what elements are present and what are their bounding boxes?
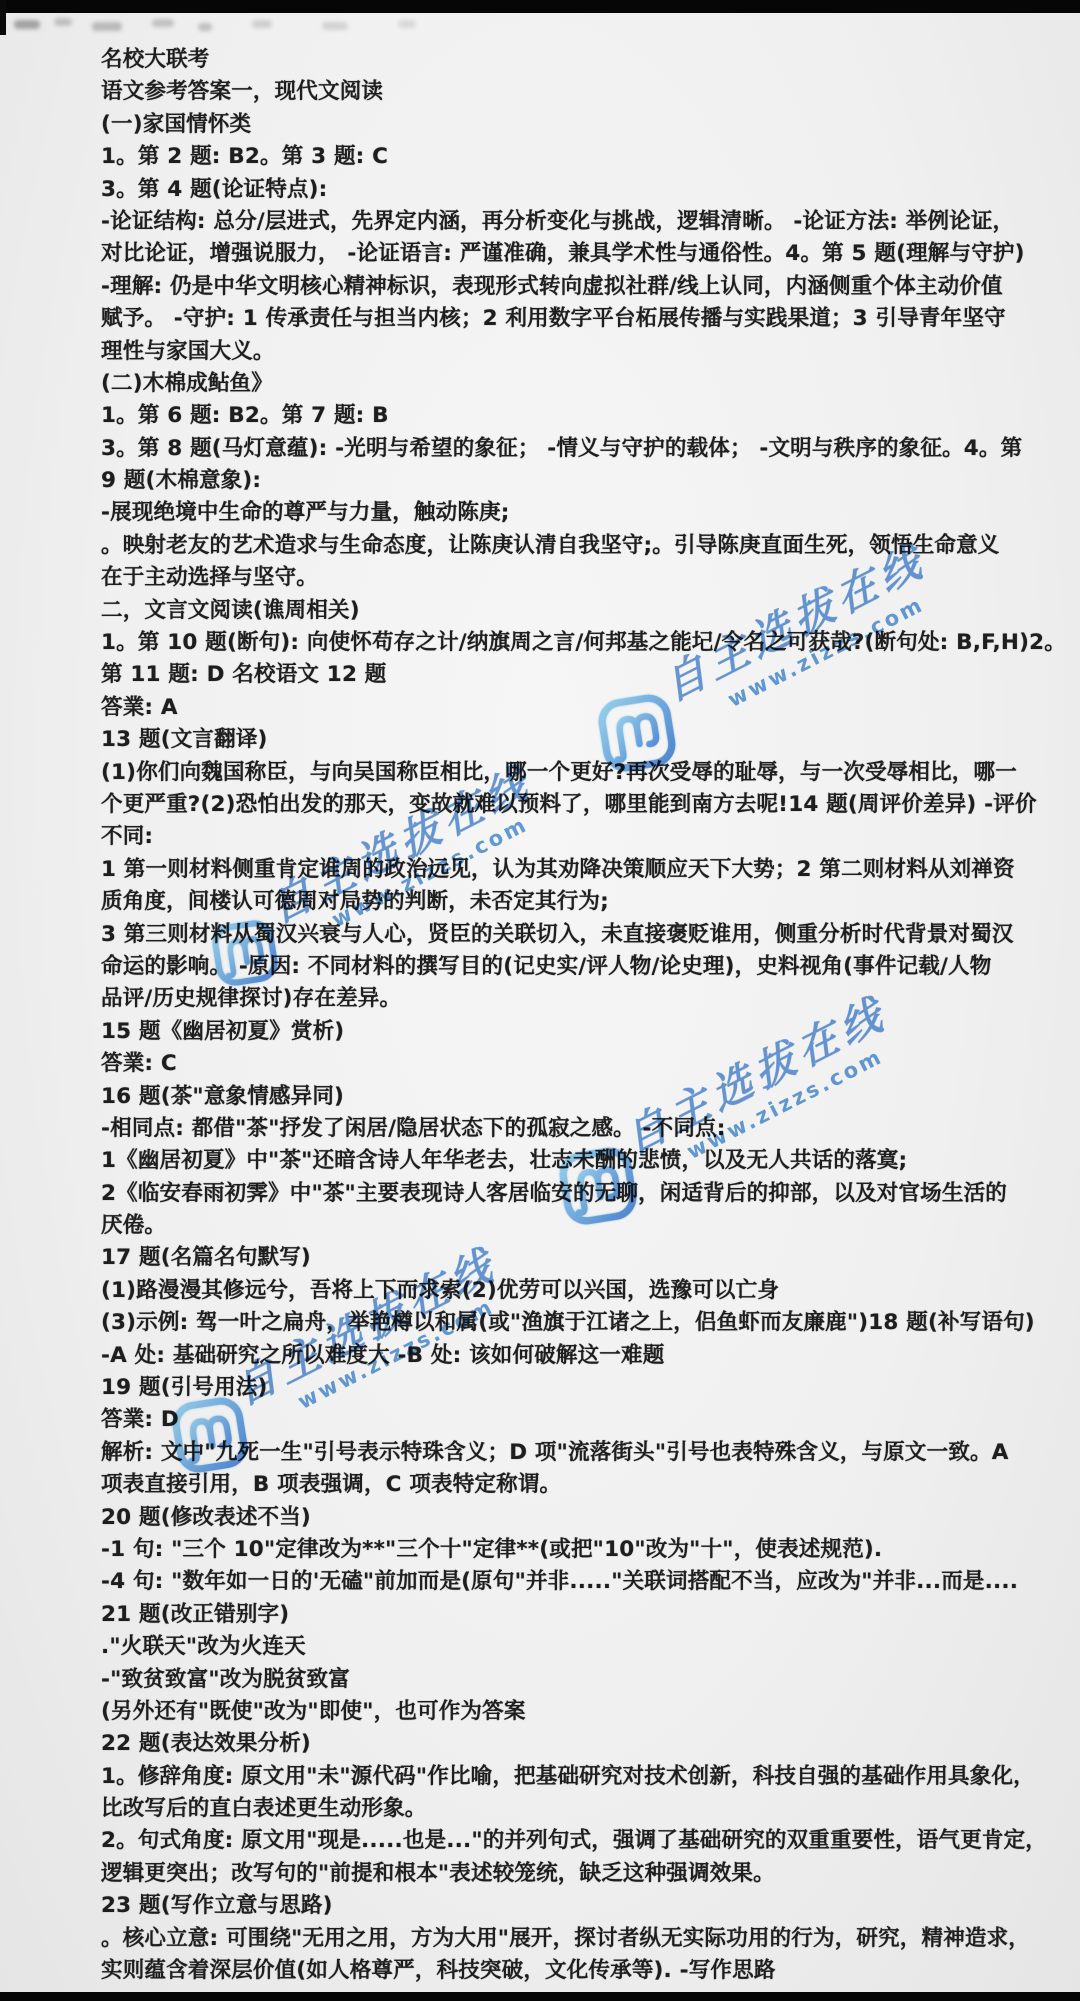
text-line-12: 1。第 6 题: B2。第 7 题: B xyxy=(101,400,1051,432)
text-line-33: 16 题(茶"意象情感异同) xyxy=(101,1081,1051,1113)
text-line-2: 语文参考答案一，现代文阅读 xyxy=(101,76,1051,108)
text-line-52: (另外还有"既使"改为"即使"，也可作为答案 xyxy=(101,1696,1051,1728)
answer-text-block: 名校大联考语文参考答案一，现代文阅读(一)家国情怀类1。第 2 题: B2。第 … xyxy=(101,44,1051,1987)
text-line-58: 23 题(写作立意与思路) xyxy=(101,1890,1051,1922)
text-line-36: 2《临安春雨初霁》中"茶"主要表现诗人客居临安的无聊，闲适背后的抑部，以及对官场… xyxy=(101,1178,1051,1210)
text-line-13: 3。第 8 题(马灯意蕴): -光明与希望的象征； -情义与守护的载体； -文明… xyxy=(101,433,1051,465)
text-line-40: (3)示例: 驾一叶之扁舟，举艳樽以和属(或"渔旗于江诸之上，侣鱼虾而友廉鹿")… xyxy=(101,1307,1051,1339)
smudge xyxy=(398,20,416,28)
text-line-31: 15 题《幽居初夏》赏析) xyxy=(101,1016,1051,1048)
text-line-1: 名校大联考 xyxy=(101,44,1051,76)
text-line-60: 实则蕴含着深层价值(如人格尊严，科技突破，文化传承等). -写作思路 xyxy=(101,1955,1051,1987)
text-line-35: 1《幽居初夏》中"茶"还暗含诗人年华老去，壮志未酬的悲愤，以及无人共话的落寞; xyxy=(101,1145,1051,1177)
text-line-11: (二)木棉成鲇鱼》 xyxy=(101,368,1051,400)
smudge xyxy=(54,18,72,26)
text-line-32: 答業: C xyxy=(101,1048,1051,1080)
text-line-14: 9 题(木棉意象): xyxy=(101,465,1051,497)
text-line-47: -1 句: "三个 10"定律改为**"三个十"定律**(或把"10"改为"十"… xyxy=(101,1534,1051,1566)
text-line-46: 20 题(修改表述不当) xyxy=(101,1502,1051,1534)
text-line-44: 解析: 文中"九死一生"引号表示特珠含义；D 项"流落街头"引号也表特殊含义，与… xyxy=(101,1437,1051,1469)
text-line-27: 质角度，间楼认可德周对局势的判断，未否定其行为; xyxy=(101,886,1051,918)
text-line-8: -理解: 仍是中华文明核心精神标识，表现形式转向虚拟社群/线上认同，内涵侧重个体… xyxy=(101,271,1051,303)
text-line-54: 1。修辞角度: 原文用"未"源代码"作比喻，把基础研究对技术创新，科技自强的基础… xyxy=(101,1761,1051,1793)
text-line-6: -论证结构: 总分/层进式，先界定内涵，再分析变化与挑战，逻辑清晰。 -论证方法… xyxy=(101,206,1051,238)
text-line-25: 不同: xyxy=(101,821,1051,853)
smudge xyxy=(14,20,40,29)
text-line-10: 理性与家国大义。 xyxy=(101,336,1051,368)
text-line-37: 厌倦。 xyxy=(101,1210,1051,1242)
text-line-45: 项表直接引用，B 项表强调，C 项表特定称谓。 xyxy=(101,1469,1051,1501)
text-line-39: (1)路漫漫其修远兮，吾将上下而求索(2)优劳可以兴国，选豫可以亡身 xyxy=(101,1275,1051,1307)
text-line-34: -相同点: 都借"茶"抒发了闲居/隐居状态下的孤寂之感。 -不同点: xyxy=(101,1113,1051,1145)
text-line-50: ."火联天"改为火连天 xyxy=(101,1631,1051,1663)
text-line-20: 第 11 题: D 名校语文 12 题 xyxy=(101,659,1051,691)
text-line-57: 逻辑更突出；改写句的"前提和根本"表述较笼统，缺乏这种强调效果。 xyxy=(101,1858,1051,1890)
text-line-23: (1)你们向魏国称臣，与向吴国称臣相比，哪一个更好?再次受辱的耻辱，与一次受辱相… xyxy=(101,757,1051,789)
top-letterbox-bar xyxy=(0,0,1080,13)
text-line-18: 二，文言文阅读(谯周相关) xyxy=(101,595,1051,627)
text-line-19: 1。第 10 题(断句): 向使怀苟存之计/纳旗周之言/何邦基之能圮/令名之可获… xyxy=(101,627,1051,659)
smudge xyxy=(92,22,122,31)
text-line-28: 3 第三则材料从蜀汉兴衰与人心，贤臣的关联切入，未直接褒贬谁用，侧重分析时代背景… xyxy=(101,919,1051,951)
bottom-letterbox-bar xyxy=(0,1992,1080,2001)
text-line-53: 22 题(表达效果分析) xyxy=(101,1728,1051,1760)
text-line-16: 。映射老友的艺术造求与生命态度，让陈庚认清自我坚守;。引导陈庚直面生死，领悟生命… xyxy=(101,530,1051,562)
text-line-56: 2。句式角度: 原文用"现是.....也是..."的并列句式，强调了基础研究的双… xyxy=(101,1825,1051,1857)
text-line-48: -4 句: "数年如一日的'无磕"前加而是(原句"并非....."关联词搭配不当… xyxy=(101,1566,1051,1598)
text-line-41: -A 处: 基础研究之所以难度大 -B 处: 该如何破解这一难题 xyxy=(101,1340,1051,1372)
text-line-24: 个更严重?(2)恐怕出发的那天，变故就难以预料了，哪里能到南方去呢!14 题(周… xyxy=(101,789,1051,821)
smudge xyxy=(198,23,212,31)
text-line-21: 答業: A xyxy=(101,692,1051,724)
text-line-43: 答業: D xyxy=(101,1404,1051,1436)
text-line-30: 品评/历史规律探讨)存在差异。 xyxy=(101,983,1051,1015)
text-line-29: 命运的影响。 -原因: 不同材料的撰写目的(记史实/评人物/论史理)，史料视角(… xyxy=(101,951,1051,983)
text-line-42: 19 题(引号用法) xyxy=(101,1372,1051,1404)
text-line-7: 对比论证，增强说服力， -论证语言: 严谨准确，兼具学术性与通俗性。4。第 5 … xyxy=(101,238,1051,270)
smudge xyxy=(322,22,348,30)
text-line-51: -"致贫致富"改为脱贫致富 xyxy=(101,1664,1051,1696)
text-line-3: (一)家国情怀类 xyxy=(101,109,1051,141)
text-line-9: 赋予。 -守护: 1 传承责任与担当内核；2 利用数字平台柘展传播与实践果道；3… xyxy=(101,303,1051,335)
photo-page: 名校大联考语文参考答案一，现代文阅读(一)家国情怀类1。第 2 题: B2。第 … xyxy=(0,0,1080,2001)
text-line-26: 1 第一则材料侧重肯定谁周的政治远见，认为其劝降决策顺应天下大势；2 第二则材料… xyxy=(101,854,1051,886)
smudge xyxy=(252,20,272,28)
text-line-4: 1。第 2 题: B2。第 3 题: C xyxy=(101,141,1051,173)
text-line-17: 在于主动选择与坚守。 xyxy=(101,562,1051,594)
text-line-59: 。核心立意: 可围绕"无用之用，方为大用"展开，探讨者纵无实际功用的行为，研究，… xyxy=(101,1923,1051,1955)
text-line-22: 13 题(文言翻译) xyxy=(101,724,1051,756)
text-line-15: -展现绝境中生命的尊严与力量，触动陈庚; xyxy=(101,497,1051,529)
top-left-corner-strip xyxy=(0,0,6,35)
text-line-55: 比改写后的直白表述更生动形象。 xyxy=(101,1793,1051,1825)
text-line-38: 17 题(名篇名句默写) xyxy=(101,1242,1051,1274)
text-line-49: 21 题(改正错别字) xyxy=(101,1599,1051,1631)
smudge xyxy=(152,19,174,27)
text-line-5: 3。第 4 题(论证特点): xyxy=(101,174,1051,206)
